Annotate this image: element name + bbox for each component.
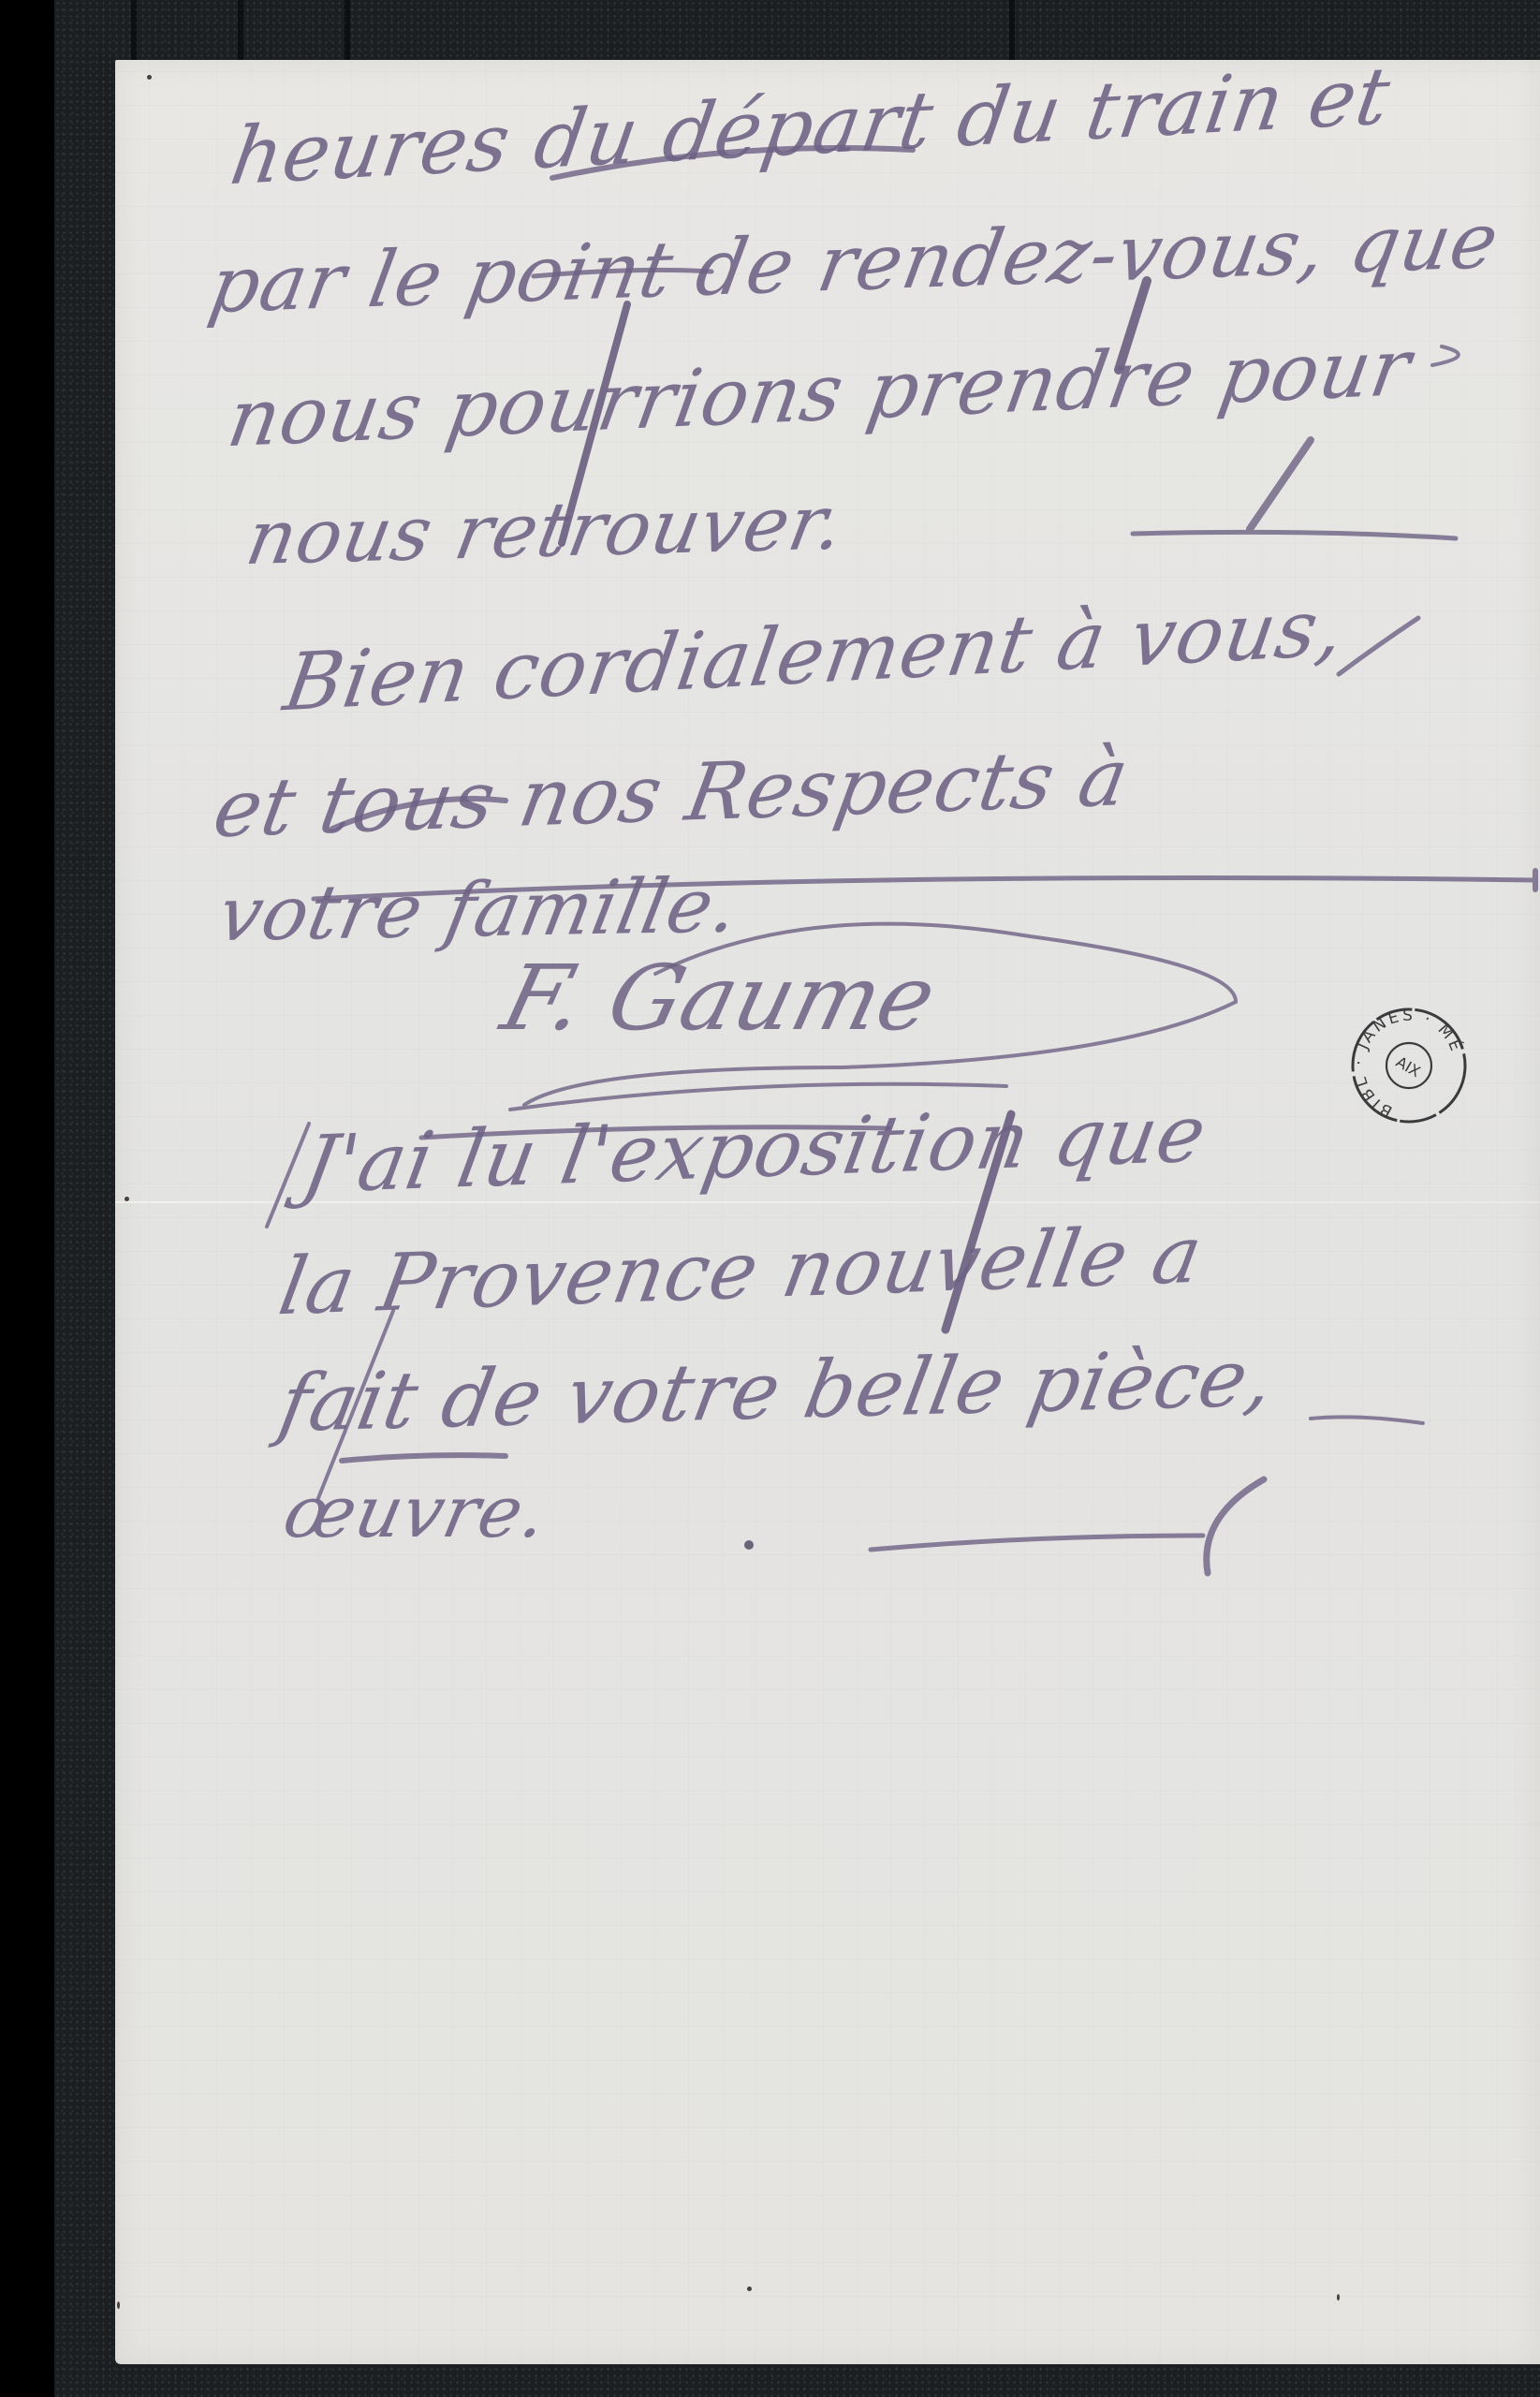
scanned-page: heures du départ du train et par le poin… (0, 0, 1540, 2397)
left-black-margin (0, 0, 54, 2397)
backdrop-seam (345, 0, 350, 60)
backdrop-seam (1009, 0, 1015, 60)
backdrop-seam (131, 0, 137, 60)
signature: F. Gaume (492, 946, 946, 1051)
backdrop-seam (238, 0, 243, 60)
letter-line-11: œuvre. (277, 1470, 555, 1553)
paper-speck (117, 2301, 120, 2309)
stamp-text-inner: AIX (1393, 1052, 1424, 1081)
library-stamp-icon: BIBL · JANES · MÉ AIX (1348, 1005, 1470, 1126)
paper-speck (147, 75, 152, 80)
letter-line-4: nous retrouver. (240, 478, 851, 581)
letter-line-7: votre famille. (212, 861, 746, 958)
paper-speck (125, 1197, 129, 1201)
paper-speck (747, 2287, 752, 2291)
paper-speck (1337, 2294, 1340, 2301)
stamp-text-top: BIBL (1348, 1067, 1402, 1122)
